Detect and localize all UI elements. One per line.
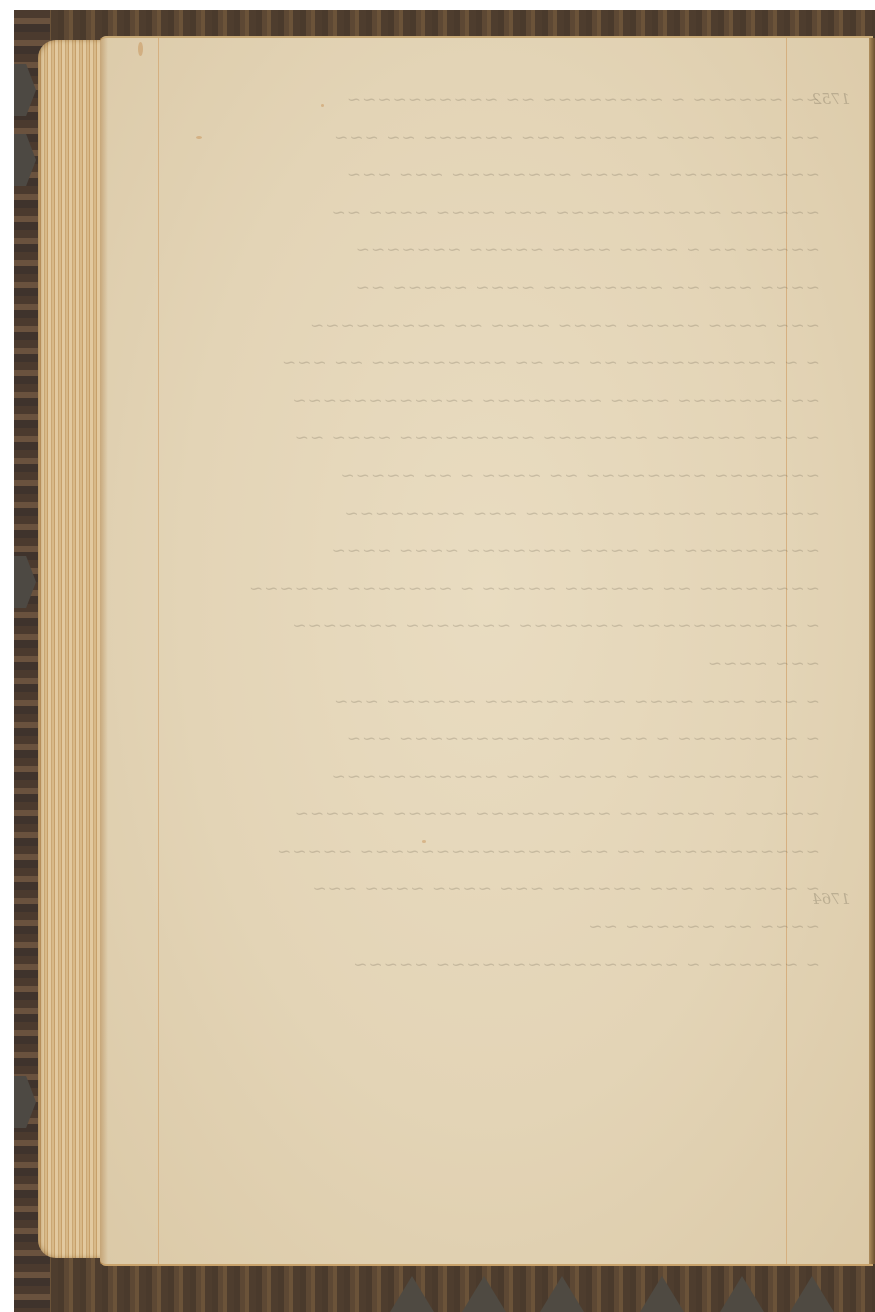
book: 1752 1764 ~~ ~~~~~~ ~ ~~~~~~~~ ~~ ~~~~~~…	[38, 36, 875, 1264]
paper-stain	[196, 136, 202, 139]
scan-tab-bottom	[640, 1276, 684, 1312]
text-line: ~ ~~~ ~~~ ~~~~ ~~~ ~~~~~~ ~~~~~~ ~~~	[204, 684, 820, 722]
text-line: ~~~~ ~~ ~~~~~~ ~~	[204, 909, 820, 947]
left-margin-rule	[158, 38, 159, 1264]
paper-stain	[321, 104, 324, 107]
scan-tab-bottom	[790, 1276, 834, 1312]
scan-tab-bottom	[720, 1276, 764, 1312]
text-line: ~~ ~~~~ ~~~~ ~~~~~ ~~~ ~~~~~~ ~~ ~~~	[204, 120, 820, 158]
page-shadow	[100, 38, 108, 1264]
text-line: ~~~~~~~~~ ~~ ~~~~ ~~~~~~~ ~~~~ ~~~~	[204, 533, 820, 571]
text-line: ~~~~~~ ~~~~~~~~~~~ ~~~ ~~~~ ~~~~ ~~	[204, 195, 820, 233]
scan-tab-bottom	[390, 1276, 434, 1312]
text-line: ~~~~~~~~~~~ ~~ ~~ ~~~~~~~~~~~~~~ ~~~~~	[204, 834, 820, 872]
text-line: ~~~~~ ~~ ~ ~~~~ ~~~~ ~~~~~ ~~~~~~~	[204, 232, 820, 270]
text-line: ~~~~~~~~ ~~ ~~~~~~ ~~~~~ ~ ~~~~~~~ ~~~~~…	[204, 571, 820, 609]
text-line: ~~~~~~~~~~ ~ ~~~~ ~~~~~~~~ ~~~ ~~~	[204, 157, 820, 195]
page-fore-edge	[38, 40, 108, 1258]
manuscript-page: 1752 1764 ~~ ~~~~~~ ~ ~~~~~~~~ ~~ ~~~~~~…	[100, 36, 873, 1266]
text-line: ~~~ ~~~~ ~~~~~ ~~~~ ~~~~ ~~ ~~~~~~~~~	[204, 308, 820, 346]
text-line: ~~~~~ ~ ~~~~ ~~ ~~~~~~~~~ ~~~~~ ~~~~~~	[204, 796, 820, 834]
text-line: ~ ~~~~~~ ~ ~~~~~~~~~~~~~~~~ ~~~~~	[204, 947, 820, 985]
text-line: ~~~~ ~~~ ~~ ~~~~~~~~ ~~~~ ~~~~~ ~~	[204, 270, 820, 308]
bleed-through-text: ~~ ~~~~~~ ~ ~~~~~~~~ ~~ ~~~~~~~~~~ ~~ ~~…	[204, 82, 820, 984]
binding-gutter	[869, 38, 875, 1264]
text-line: ~~~~~~~ ~~~~~~~~ ~~ ~~~~ ~ ~~ ~~~~~	[204, 458, 820, 496]
scan-tab-bottom	[540, 1276, 584, 1312]
text-line: ~ ~~~~~~~~ ~ ~~ ~~~~~~~~~~~~~~ ~~~	[204, 721, 820, 759]
text-line: ~~ ~~~~~~~ ~~~~ ~~~~~~~~ ~~~~~~~~~~~~	[204, 383, 820, 421]
text-line: ~ ~ ~~~~~~~~~~ ~~ ~~ ~~ ~~~~~~~~~ ~~ ~~~	[204, 345, 820, 383]
scan-tab-bottom	[462, 1276, 506, 1312]
text-line: ~~~ ~~~~	[204, 646, 820, 684]
paper-stain	[422, 840, 426, 843]
text-line: ~ ~~~ ~~~~~~ ~~~~~~~ ~~~~~~~~~ ~~~~ ~~	[204, 420, 820, 458]
paper-stain	[138, 42, 143, 56]
text-line: ~~ ~~~~~~~~~ ~ ~~~~ ~~~ ~~~~~~~~~~~	[204, 759, 820, 797]
text-line: ~~ ~~~~~~ ~ ~~~~~~~~ ~~ ~~~~~~~~~~	[204, 82, 820, 120]
text-line: ~ ~~~~~~~~~~~ ~~~~~~~ ~~~~~~~ ~~~~~~~	[204, 608, 820, 646]
text-line: ~ ~~~~~ ~ ~~~ ~~~~~~ ~~~ ~~~~ ~~~~ ~~~	[204, 871, 820, 909]
text-line: ~~~~~~~ ~~~~~~~~~~~~ ~~~ ~~~~~~~~	[204, 496, 820, 534]
